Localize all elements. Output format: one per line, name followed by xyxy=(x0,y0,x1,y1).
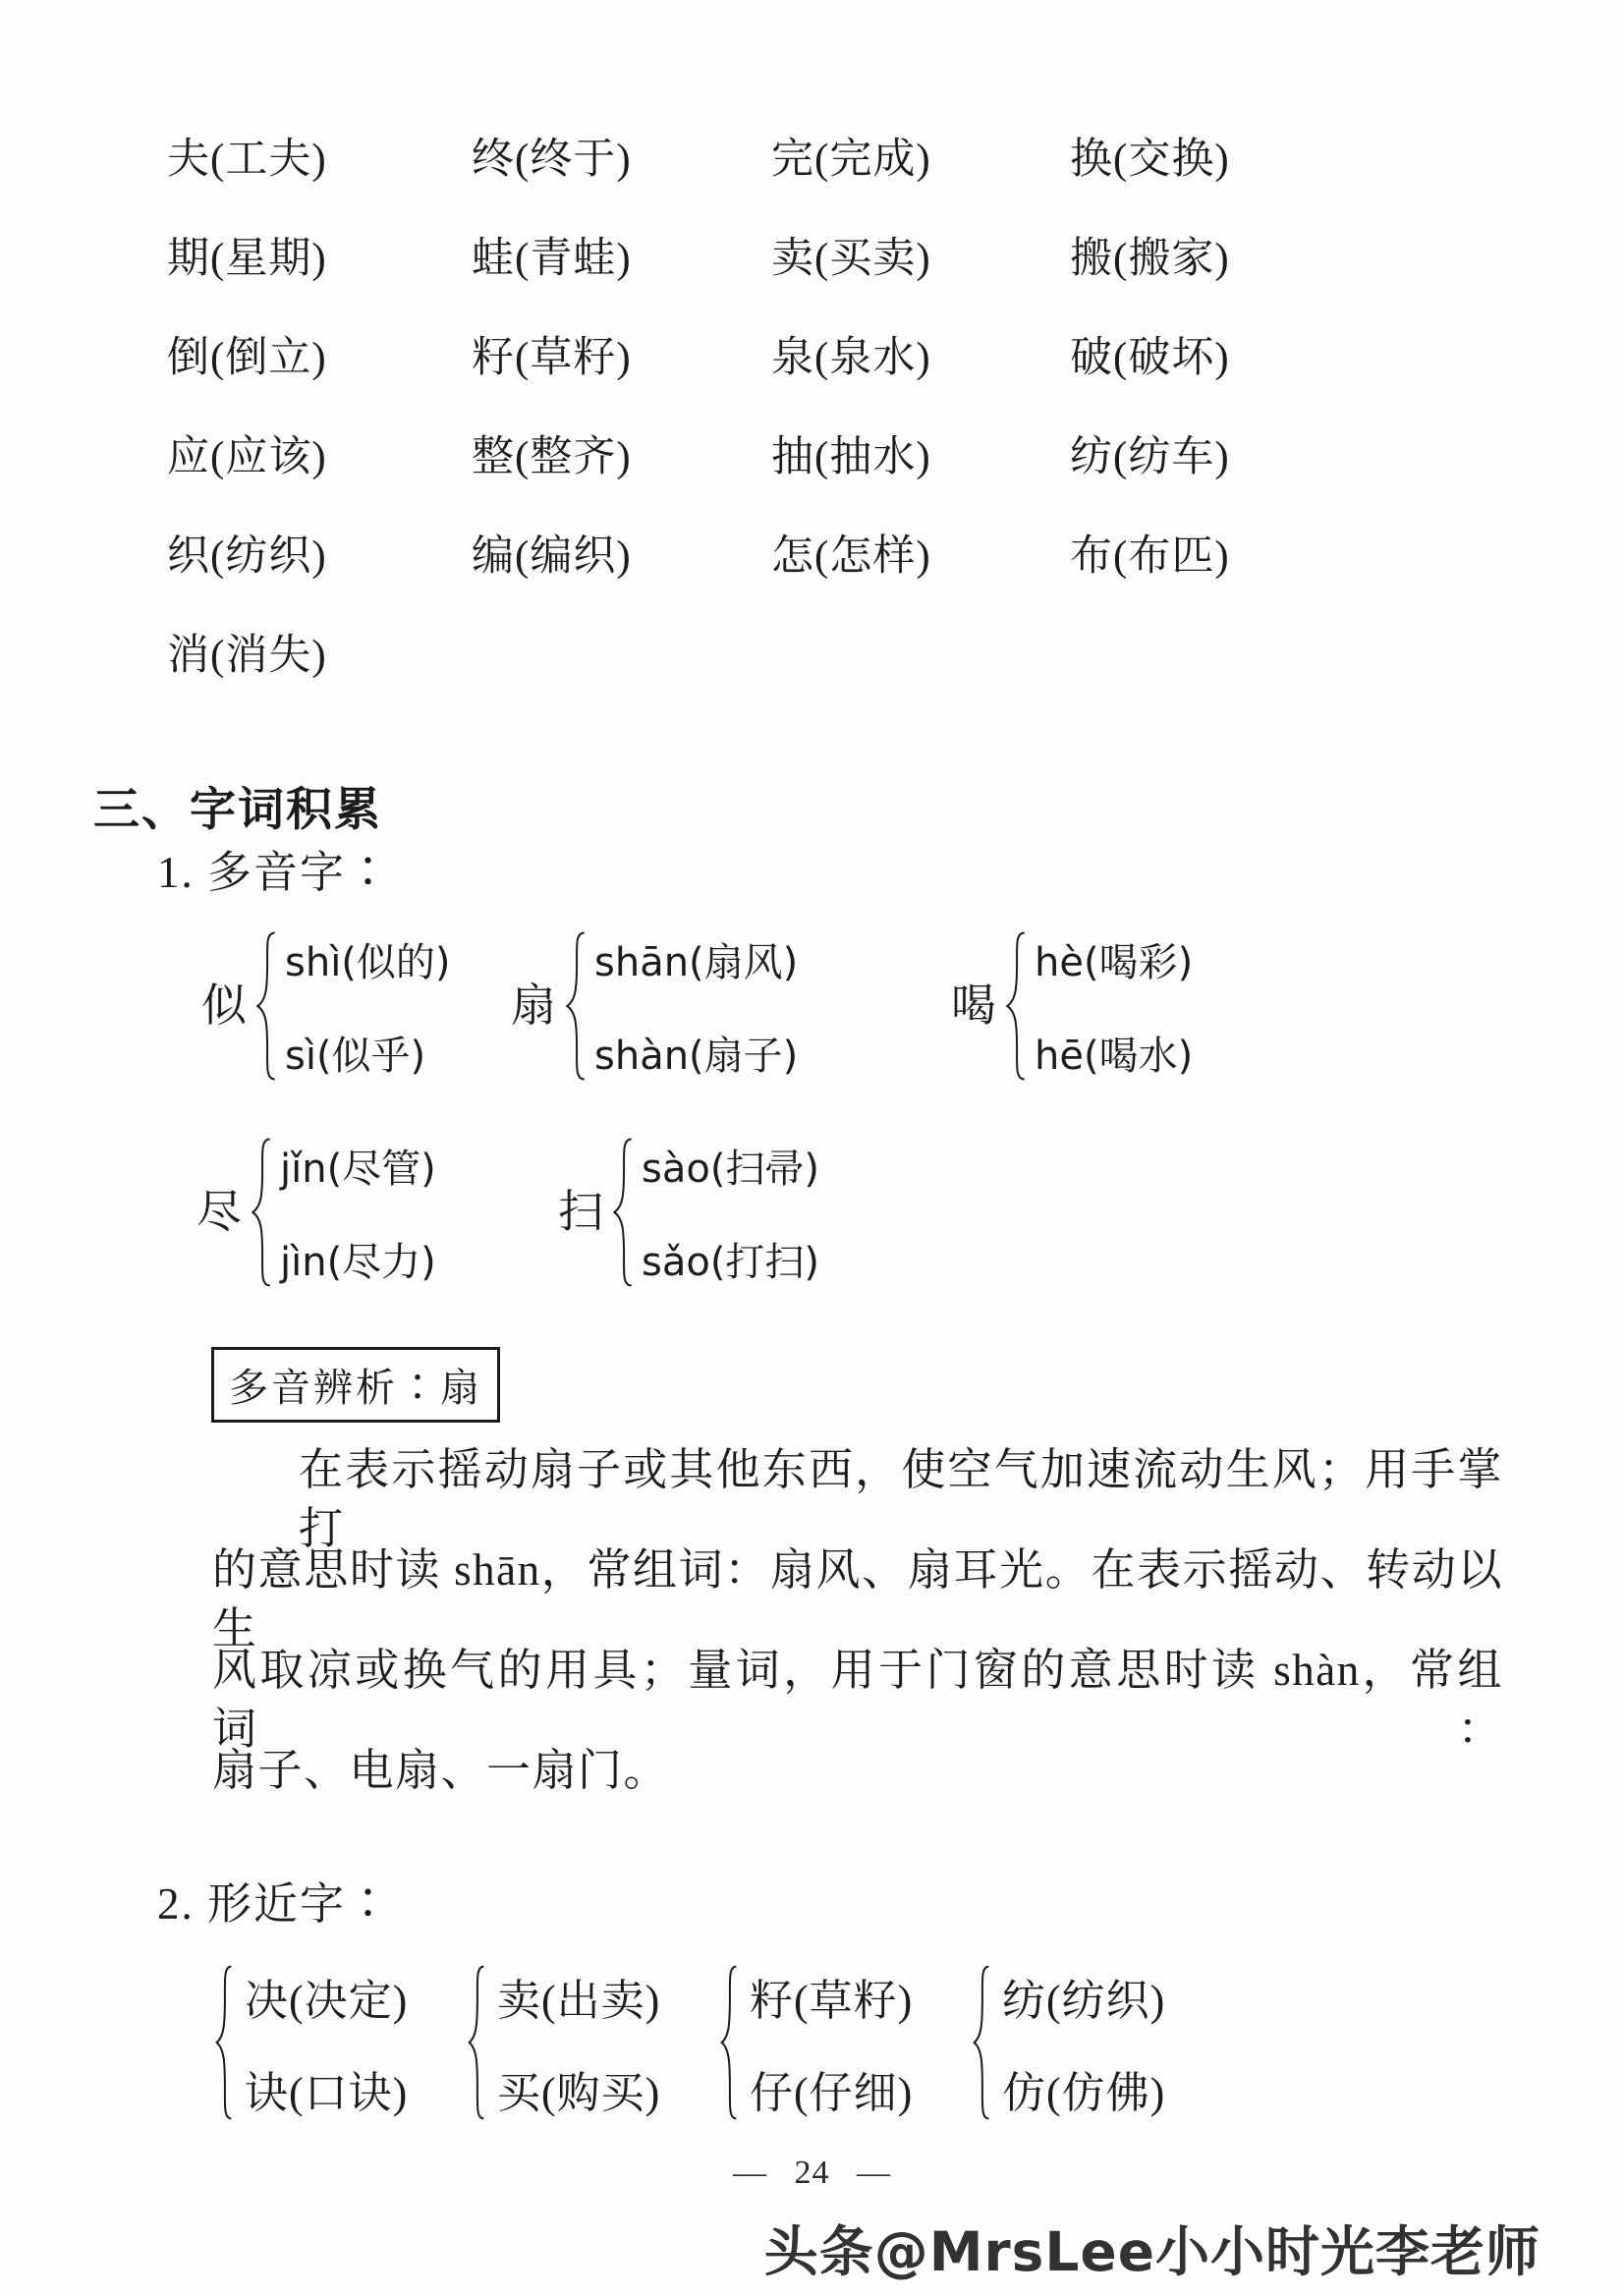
similar-char-item: 决(决定) xyxy=(245,1965,408,2028)
analysis-paragraph: 在表示摇动扇子或其他东西，使空气加速流动生风；用手掌打 的意思时读 shān，常… xyxy=(212,1440,1503,1841)
similar-char-group: 籽(草籽) 仔(仔细) xyxy=(718,1965,913,2120)
subheading-polyphonic: 1. 多音字∶ xyxy=(157,836,392,900)
polyphonic-readings: hè(喝彩) hē(喝水) xyxy=(1035,931,1193,1081)
paragraph-line: 风取凉或换气的用具；量词，用于门窗的意思时读 shàn，常组词： xyxy=(212,1641,1503,1741)
similar-char-group: 纺(纺织) 仿(仿佛) xyxy=(971,1965,1165,2120)
section-heading: 三、字词积累 xyxy=(93,773,382,839)
word-grid-row: 倒(倒立) 籽(草籽) 泉(泉水) 破(破坏) xyxy=(167,336,1230,381)
word-item: 换(交换) xyxy=(1070,138,1230,183)
word-item: 应(应该) xyxy=(167,435,472,480)
reading-item: jìn(尽力) xyxy=(280,1231,436,1287)
similar-char-pair: 决(决定) 诀(口诀) xyxy=(245,1965,408,2120)
word-item: 完(完成) xyxy=(771,138,1070,183)
word-item: 卖(买卖) xyxy=(771,237,1070,282)
reading-item: sào(扫帚) xyxy=(642,1138,819,1194)
word-grid-row: 应(应该) 整(整齐) 抽(抽水) 纺(纺车) xyxy=(167,435,1230,480)
reading-item: shān(扇风) xyxy=(594,931,798,987)
page-number: — 24 — xyxy=(0,2155,1624,2192)
left-brace-icon xyxy=(1003,931,1029,1081)
subheading-similar-chars: 2. 形近字∶ xyxy=(157,1868,392,1932)
word-grid-row: 夫(工夫) 终(终于) 完(完成) 换(交换) xyxy=(167,138,1230,183)
word-item: 织(纺织) xyxy=(167,534,472,580)
left-brace-icon xyxy=(610,1138,636,1287)
word-item: 抽(抽水) xyxy=(771,435,1070,480)
left-brace-icon xyxy=(253,931,279,1081)
word-item: 破(破坏) xyxy=(1070,336,1230,381)
word-grid-row: 织(纺织) 编(编织) 怎(怎样) 布(布匹) xyxy=(167,534,1230,580)
word-item: 搬(搬家) xyxy=(1070,237,1230,282)
reading-item: hè(喝彩) xyxy=(1035,931,1193,987)
word-item: 籽(草籽) xyxy=(472,336,771,381)
left-brace-icon xyxy=(563,931,588,1081)
word-item: 编(编织) xyxy=(472,534,771,580)
similar-char-group: 卖(出卖) 买(购买) xyxy=(466,1965,660,2120)
left-brace-icon xyxy=(718,1965,740,2120)
reading-item: shì(似的) xyxy=(285,931,451,987)
polyphonic-group: 似 shì(似的) sì(似乎) xyxy=(201,931,451,1081)
left-brace-icon xyxy=(971,1965,992,2120)
similar-char-item: 仿(仿佛) xyxy=(1002,2057,1165,2120)
word-item: 期(星期) xyxy=(167,237,472,282)
paragraph-line: 的意思时读 shān，常组词：扇风、扇耳光。在表示摇动、转动以生 xyxy=(212,1540,1503,1641)
polyphonic-readings: jǐn(尽管) jìn(尽力) xyxy=(280,1138,436,1287)
polyphonic-group: 喝 hè(喝彩) hē(喝水) xyxy=(951,931,1193,1081)
word-item: 蛙(青蛙) xyxy=(472,237,771,282)
similar-char-item: 籽(草籽) xyxy=(750,1965,913,2028)
word-item: 怎(怎样) xyxy=(771,534,1070,580)
word-grid: 夫(工夫) 终(终于) 完(完成) 换(交换) 期(星期) 蛙(青蛙) 卖(买卖… xyxy=(167,138,1230,733)
reading-item: sǎo(打扫) xyxy=(642,1231,819,1287)
reading-item: jǐn(尽管) xyxy=(280,1138,436,1194)
document-page: 夫(工夫) 终(终于) 完(完成) 换(交换) 期(星期) 蛙(青蛙) 卖(买卖… xyxy=(0,0,1624,2296)
analysis-box-label: 多音辨析∶扇 xyxy=(211,1347,500,1423)
reading-item: hē(喝水) xyxy=(1035,1025,1193,1081)
similar-char-item: 纺(纺织) xyxy=(1002,1965,1165,2028)
polyphonic-group: 尽 jǐn(尽管) jìn(尽力) xyxy=(196,1138,436,1287)
similar-char-pair: 卖(出卖) 买(购买) xyxy=(497,1965,660,2120)
polyphonic-readings: sào(扫帚) sǎo(打扫) xyxy=(642,1138,819,1287)
left-brace-icon xyxy=(466,1965,487,2120)
similar-char-item: 买(购买) xyxy=(497,2057,660,2120)
similar-char-group: 决(决定) 诀(口诀) xyxy=(213,1965,408,2120)
polyphonic-char: 喝 xyxy=(951,983,996,1029)
word-item: 泉(泉水) xyxy=(771,336,1070,381)
polyphonic-char: 扇 xyxy=(511,983,556,1029)
word-item: 夫(工夫) xyxy=(167,138,472,183)
watermark: 头条@MrsLee小小时光李老师 xyxy=(764,2209,1540,2286)
similar-char-item: 卖(出卖) xyxy=(497,1965,660,2028)
similar-char-pair: 纺(纺织) 仿(仿佛) xyxy=(1002,1965,1165,2120)
reading-item: shàn(扇子) xyxy=(594,1025,798,1081)
word-item: 倒(倒立) xyxy=(167,336,472,381)
word-item: 终(终于) xyxy=(472,138,771,183)
word-grid-row: 消(消失) xyxy=(167,634,1230,679)
word-grid-row: 期(星期) 蛙(青蛙) 卖(买卖) 搬(搬家) xyxy=(167,237,1230,282)
word-item: 布(布匹) xyxy=(1070,534,1230,580)
similar-char-pair: 籽(草籽) 仔(仔细) xyxy=(750,1965,913,2120)
similar-char-item: 诀(口诀) xyxy=(245,2057,408,2120)
left-brace-icon xyxy=(213,1965,235,2120)
similar-char-item: 仔(仔细) xyxy=(750,2057,913,2120)
word-item: 纺(纺车) xyxy=(1070,435,1230,480)
polyphonic-char: 似 xyxy=(201,983,247,1029)
left-brace-icon xyxy=(249,1138,274,1287)
reading-item: sì(似乎) xyxy=(285,1025,451,1081)
polyphonic-readings: shān(扇风) shàn(扇子) xyxy=(594,931,798,1081)
polyphonic-group: 扫 sào(扫帚) sǎo(打扫) xyxy=(558,1138,819,1287)
word-item: 整(整齐) xyxy=(472,435,771,480)
polyphonic-readings: shì(似的) sì(似乎) xyxy=(285,931,451,1081)
polyphonic-char: 扫 xyxy=(558,1190,603,1235)
polyphonic-group: 扇 shān(扇风) shàn(扇子) xyxy=(511,931,798,1081)
word-item: 消(消失) xyxy=(167,634,472,679)
paragraph-line: 在表示摇动扇子或其他东西，使空气加速流动生风；用手掌打 xyxy=(212,1440,1503,1540)
polyphonic-char: 尽 xyxy=(196,1190,242,1235)
